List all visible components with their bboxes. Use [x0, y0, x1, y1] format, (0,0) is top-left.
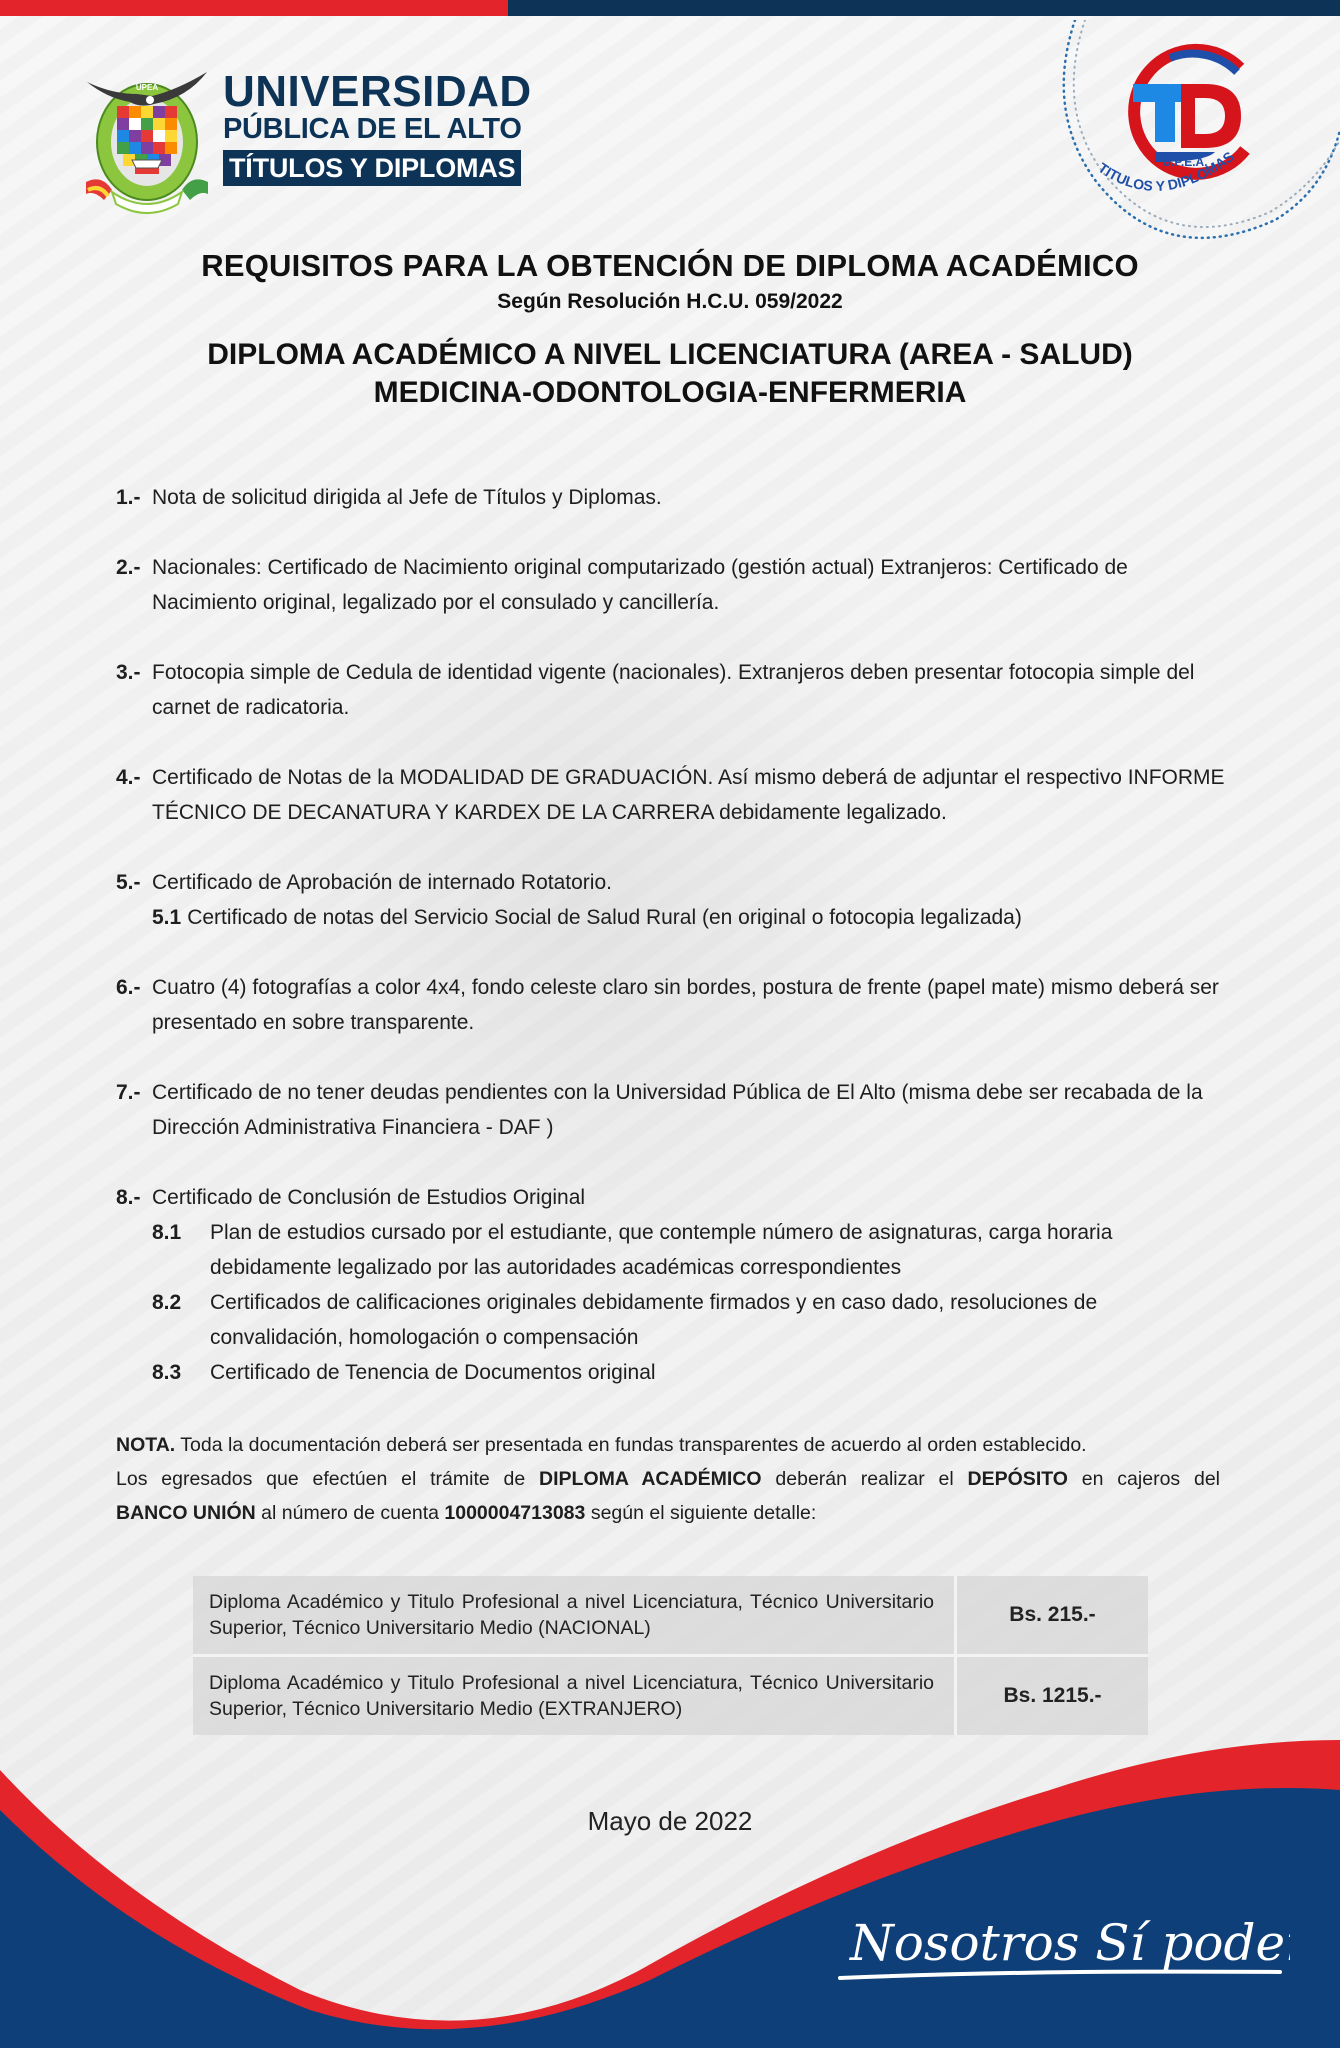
requirement-number: 4.-: [116, 760, 141, 795]
diploma-heading-line-1: DIPLOMA ACADÉMICO A NIVEL LICENCIATURA (…: [0, 336, 1340, 374]
requirement-text: Certificado de Conclusión de Estudios Or…: [152, 1186, 585, 1209]
note-text: Los egresados que efectúen el trámite de: [116, 1468, 525, 1490]
requirement-text: Nacionales: Certificado de Nacimiento or…: [152, 556, 1128, 614]
university-seal-logo: UPEA: [82, 64, 212, 214]
sub-requirement: 8.2 Certificados de calificaciones origi…: [152, 1285, 1226, 1355]
account-number: 1000004713083: [444, 1502, 585, 1524]
requirement-number: 6.-: [116, 970, 141, 1005]
university-brand: UNIVERSIDAD PÚBLICA DE EL ALTO TÍTULOS Y…: [223, 72, 532, 186]
sub-requirement: 8.3 Certificado de Tenencia de Documento…: [152, 1355, 1226, 1390]
requirement-number: 1.-: [116, 480, 141, 515]
requirement-item: 4.- Certificado de Notas de la MODALIDAD…: [116, 760, 1226, 830]
requirement-text: Certificado de Notas de la MODALIDAD DE …: [152, 766, 1225, 824]
requirement-text: Certificado de Aprobación de internado R…: [152, 871, 612, 894]
diploma-heading-line-2: MEDICINA-ODONTOLOGIA-ENFERMERIA: [0, 374, 1340, 412]
document-date: Mayo de 2022: [0, 1806, 1340, 1837]
sub-requirement-number: 8.2: [152, 1285, 181, 1320]
requirements-list: 1.- Nota de solicitud dirigida al Jefe d…: [116, 480, 1226, 1425]
note-label: NOTA.: [116, 1434, 175, 1456]
page-title: REQUISITOS PARA LA OBTENCIÓN DE DIPLOMA …: [0, 248, 1340, 284]
sub-requirement-text: Certificado de notas del Servicio Social…: [187, 906, 1022, 929]
top-bar-blue: [508, 0, 1340, 16]
requirement-item: 6.- Cuatro (4) fotografías a color 4x4, …: [116, 970, 1226, 1040]
note-line-2: Los egresados que efectúen el trámite de…: [116, 1462, 1220, 1496]
brand-line-1: UNIVERSIDAD: [223, 72, 532, 112]
requirement-text: Fotocopia simple de Cedula de identidad …: [152, 661, 1194, 719]
sub-requirement: 5.1Certificado de notas del Servicio Soc…: [152, 900, 1226, 935]
resolution-subtitle: Según Resolución H.C.U. 059/2022: [0, 290, 1340, 314]
brand-line-2: PÚBLICA DE EL ALTO: [223, 112, 532, 146]
bank-name: BANCO UNIÓN: [116, 1502, 256, 1524]
requirement-item: 3.- Fotocopia simple de Cedula de identi…: [116, 655, 1226, 725]
requirement-item: 2.- Nacionales: Certificado de Nacimient…: [116, 550, 1226, 620]
top-bar-red: [0, 0, 508, 16]
note-text: al número de cuenta: [261, 1502, 439, 1524]
note-text: deberán realizar el: [775, 1468, 953, 1490]
requirement-number: 5.-: [116, 865, 141, 900]
note-line-3: BANCO UNIÓN al número de cuenta 10000047…: [116, 1496, 1220, 1530]
requirement-item: 1.- Nota de solicitud dirigida al Jefe d…: [116, 480, 1226, 515]
requirement-number: 8.-: [116, 1180, 141, 1215]
sub-requirement-number: 5.1: [152, 906, 181, 929]
svg-text:Nosotros Sí podemos: Nosotros Sí podemos: [849, 1914, 1290, 1972]
brand-line-3: TÍTULOS Y DIPLOMAS: [223, 150, 521, 186]
diploma-heading: DIPLOMA ACADÉMICO A NIVEL LICENCIATURA (…: [0, 336, 1340, 412]
requirement-number: 2.-: [116, 550, 141, 585]
note-text: según el siguiente detalle:: [591, 1502, 817, 1524]
note-bold-deposito: DEPÓSITO: [968, 1468, 1068, 1490]
requirement-item: 7.- Certificado de no tener deudas pendi…: [116, 1075, 1226, 1145]
requirement-text: Nota de solicitud dirigida al Jefe de Tí…: [152, 486, 662, 509]
requirement-text: Cuatro (4) fotografías a color 4x4, fond…: [152, 976, 1219, 1034]
requirement-item: 5.- Certificado de Aprobación de interna…: [116, 865, 1226, 935]
sub-requirement-number: 8.3: [152, 1355, 181, 1390]
note-text: en cajeros del: [1082, 1468, 1220, 1490]
note-line-1: NOTA. Toda la documentación deberá ser p…: [116, 1428, 1220, 1462]
requirement-number: 7.-: [116, 1075, 141, 1110]
sub-requirement-text: Certificados de calificaciones originale…: [210, 1291, 1097, 1349]
requirement-number: 3.-: [116, 655, 141, 690]
note-text: Toda la documentación deberá ser present…: [180, 1434, 1086, 1456]
sub-requirement-text: Certificado de Tenencia de Documentos or…: [210, 1361, 656, 1384]
requirement-item: 8.- Certificado de Conclusión de Estudio…: [116, 1180, 1226, 1390]
slogan-signature: Nosotros Sí podemos: [830, 1900, 1290, 1990]
document-titles: REQUISITOS PARA LA OBTENCIÓN DE DIPLOMA …: [0, 248, 1340, 412]
note-bold-diploma: DIPLOMA ACADÉMICO: [539, 1468, 762, 1490]
sub-requirement-number: 8.1: [152, 1215, 181, 1250]
svg-text:UPEA: UPEA: [136, 83, 158, 92]
titulos-diplomas-logo: U.P.E.A. TITULOS Y DIPLOMAS: [1055, 20, 1340, 260]
sub-requirement-text: Plan de estudios cursado por el estudian…: [210, 1221, 1112, 1279]
requirement-text: Certificado de no tener deudas pendiente…: [152, 1081, 1203, 1139]
note-section: NOTA. Toda la documentación deberá ser p…: [116, 1428, 1220, 1530]
sub-requirement: 8.1 Plan de estudios cursado por el estu…: [152, 1215, 1226, 1285]
